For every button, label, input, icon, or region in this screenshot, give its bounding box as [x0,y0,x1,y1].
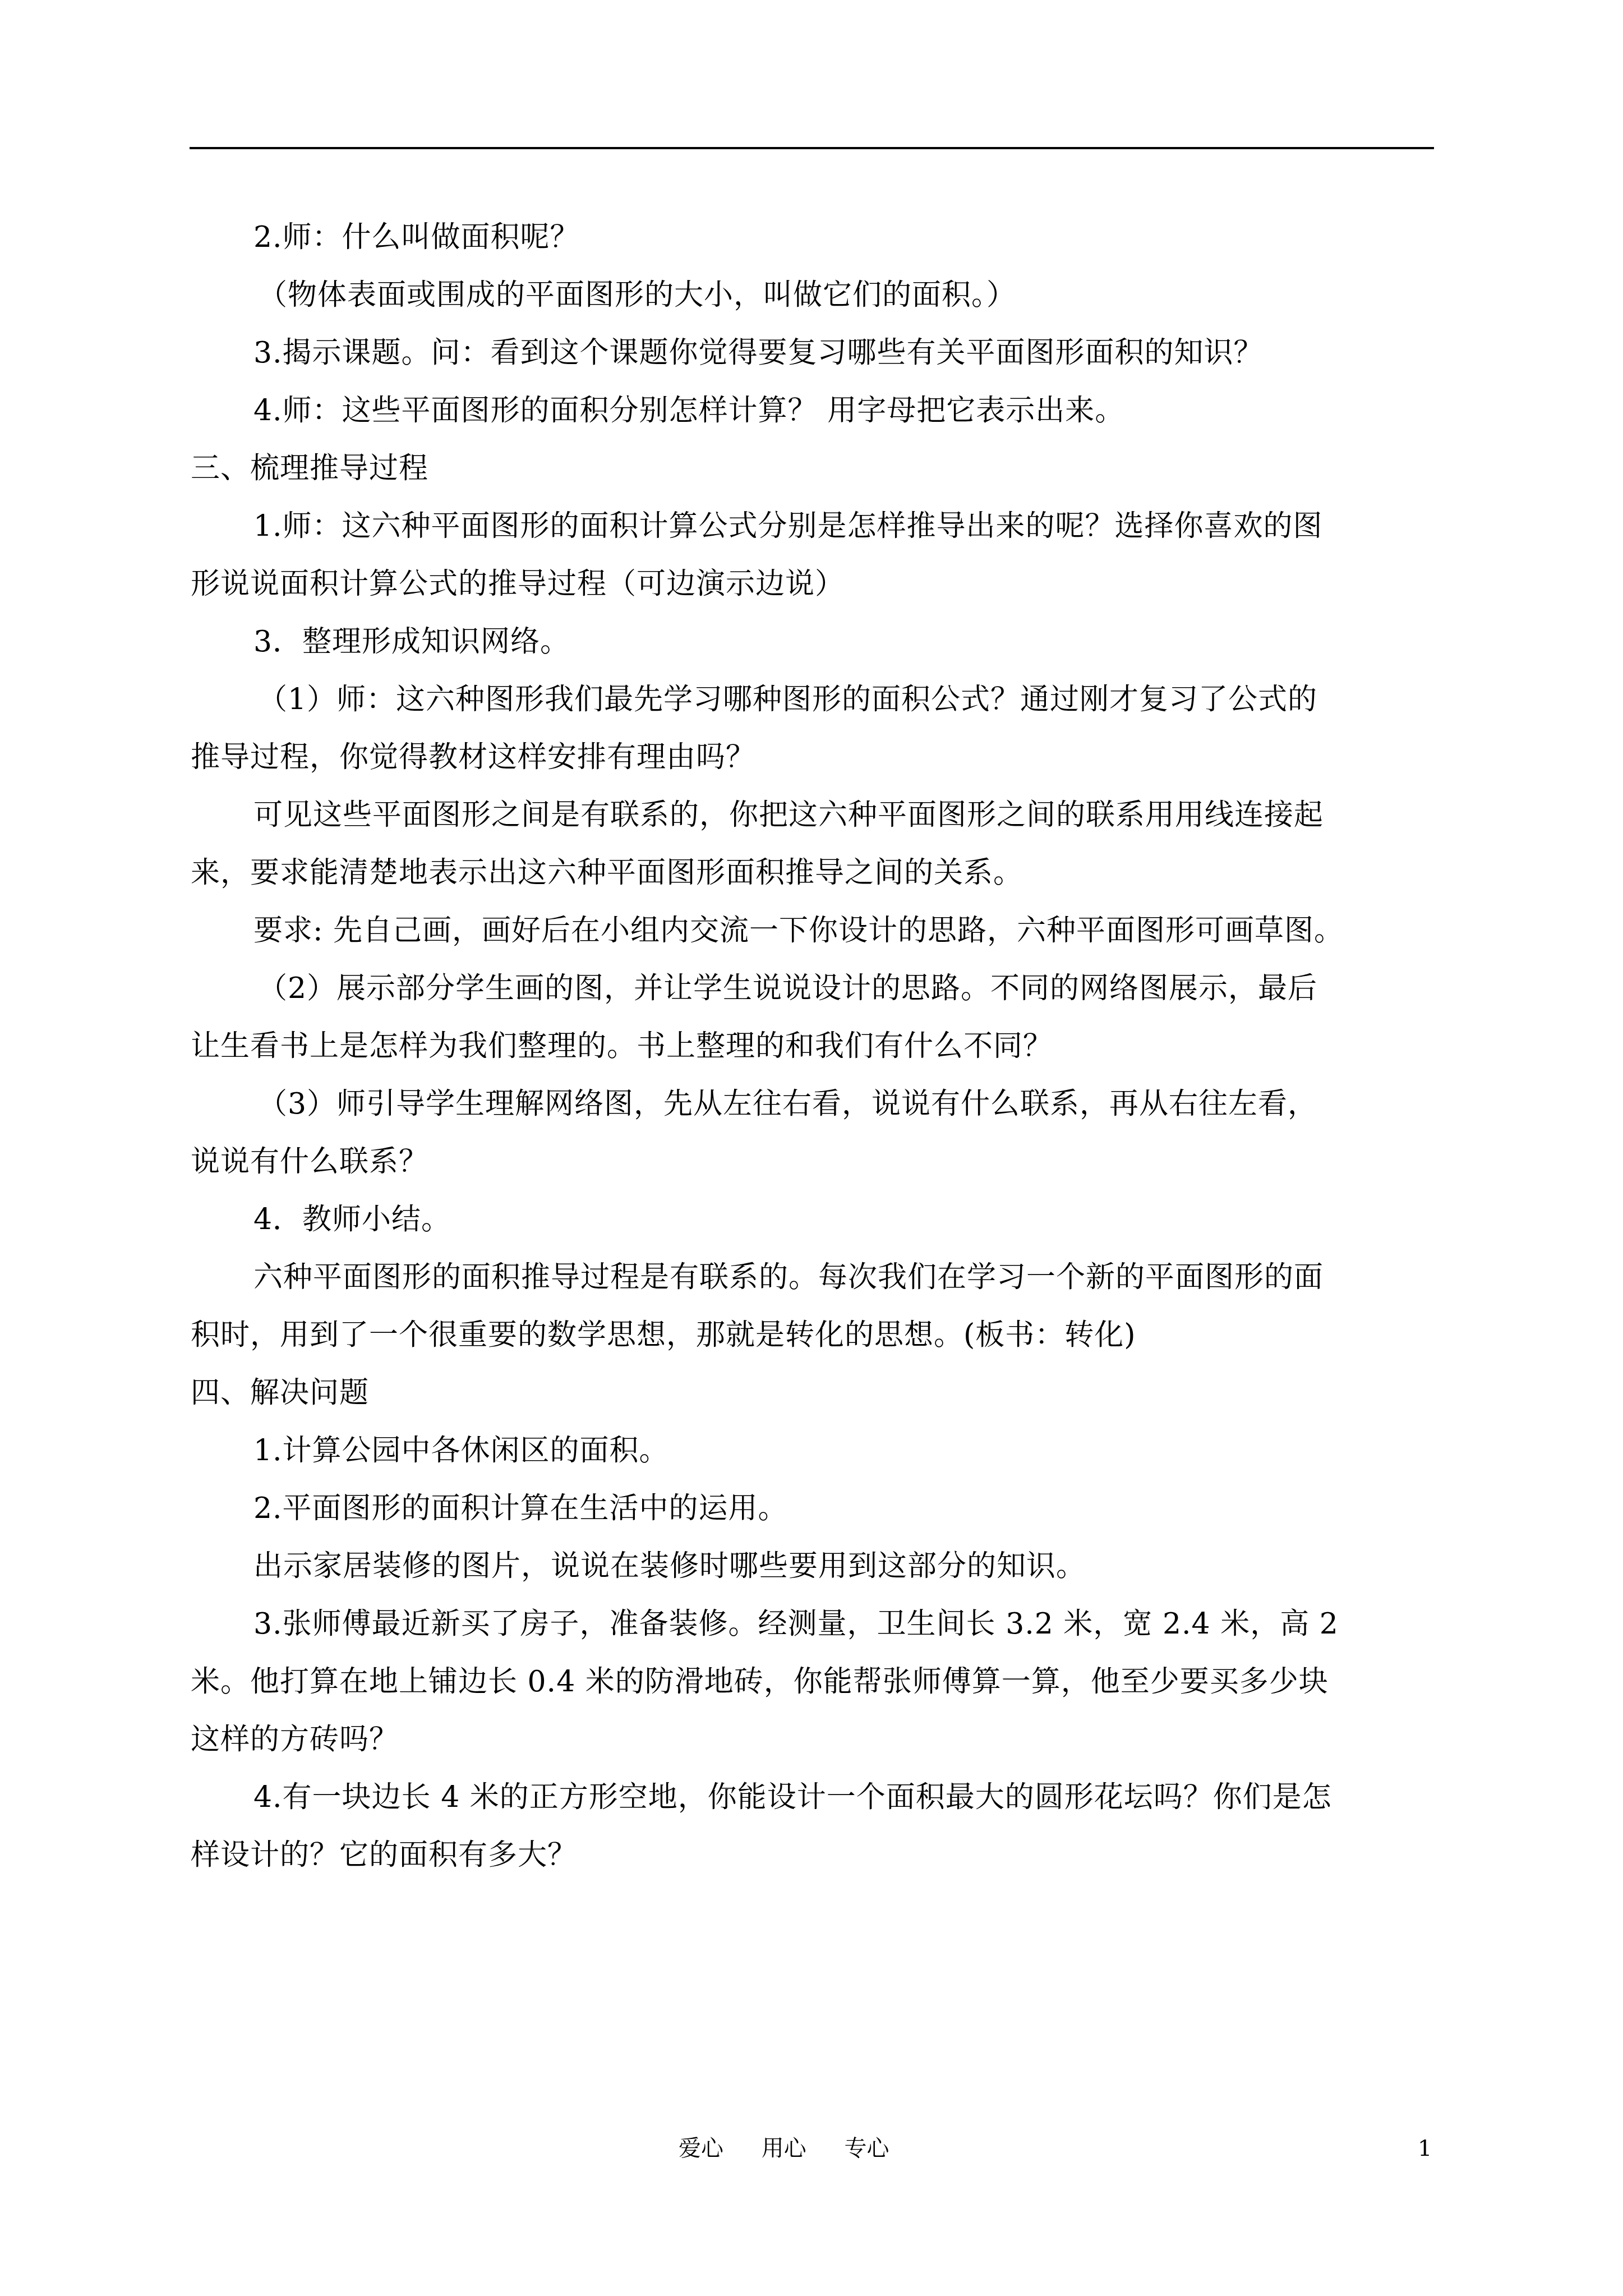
document-body: 2.师：什么叫做面积呢？ （物体表面或围成的平面图形的大小，叫做它们的面积。） … [191,209,1436,1884]
body-line: 来，要求能清楚地表示出这六种平面图形面积推导之间的关系。 [191,844,1436,902]
footer-motto-item: 爱心 [679,2136,723,2161]
body-line: 可见这些平面图形之间是有联系的，你把这六种平面图形之间的联系用用线连接起 [191,786,1436,844]
page-number: 1 [1418,2132,1432,2165]
body-line: 2.师：什么叫做面积呢？ [191,209,1436,266]
body-line: 4.有一块边长 4 米的正方形空地，你能设计一个面积最大的圆形花坛吗？你们是怎 [191,1769,1436,1826]
header-rule [190,147,1434,149]
body-line: 4．教师小结。 [191,1191,1436,1249]
body-line: （物体表面或围成的平面图形的大小，叫做它们的面积。） [191,266,1436,324]
section-heading: 三、梳理推导过程 [191,440,1436,498]
body-line: 积时，用到了一个很重要的数学思想，那就是转化的思想。(板书：转化) [191,1306,1436,1364]
body-line: 要求: 先自己画，画好后在小组内交流一下你设计的思路，六种平面图形可画草图。 [191,902,1436,960]
footer-motto-item: 专心 [844,2136,889,2161]
body-line: 3．整理形成知识网络。 [191,613,1436,671]
body-line: 六种平面图形的面积推导过程是有联系的。每次我们在学习一个新的平面图形的面 [191,1249,1436,1306]
footer-motto-item: 用心 [762,2136,806,2161]
body-line: 3.张师傅最近新买了房子，准备装修。经测量，卫生间长 3.2 米，宽 2.4 米… [191,1595,1436,1653]
section-heading: 四、解决问题 [191,1364,1436,1422]
body-line: 2.平面图形的面积计算在生活中的运用。 [191,1480,1436,1538]
body-line: 4.师：这些平面图形的面积分别怎样计算？ 用字母把它表示出来。 [191,382,1436,440]
body-line: 出示家居装修的图片，说说在装修时哪些要用到这部分的知识。 [191,1538,1436,1595]
body-line: 1.计算公园中各休闲区的面积。 [191,1422,1436,1480]
body-line: 米。他打算在地上铺边长 0.4 米的防滑地砖，你能帮张师傅算一算，他至少要买多少… [191,1653,1436,1711]
body-line: 这样的方砖吗？ [191,1711,1436,1769]
body-line: （1）师：这六种图形我们最先学习哪种图形的面积公式？通过刚才复习了公式的 [191,671,1436,729]
body-line: 1.师：这六种平面图形的面积计算公式分别是怎样推导出来的呢？选择你喜欢的图 [191,498,1436,555]
body-line: （2）展示部分学生画的图，并让学生说说设计的思路。不同的网络图展示，最后 [191,960,1436,1018]
body-line: 形说说面积计算公式的推导过程（可边演示边说） [191,555,1436,613]
body-line: （3）师引导学生理解网络图，先从左往右看，说说有什么联系，再从右往左看， [191,1075,1436,1133]
footer-motto: 爱心 用心 专心 [679,2132,920,2165]
body-line: 3.揭示课题。问：看到这个课题你觉得要复习哪些有关平面图形面积的知识？ [191,324,1436,382]
body-line: 推导过程，你觉得教材这样安排有理由吗？ [191,729,1436,786]
body-line: 说说有什么联系？ [191,1133,1436,1191]
body-line: 样设计的？它的面积有多大？ [191,1826,1436,1884]
body-line: 让生看书上是怎样为我们整理的。书上整理的和我们有什么不同？ [191,1018,1436,1075]
